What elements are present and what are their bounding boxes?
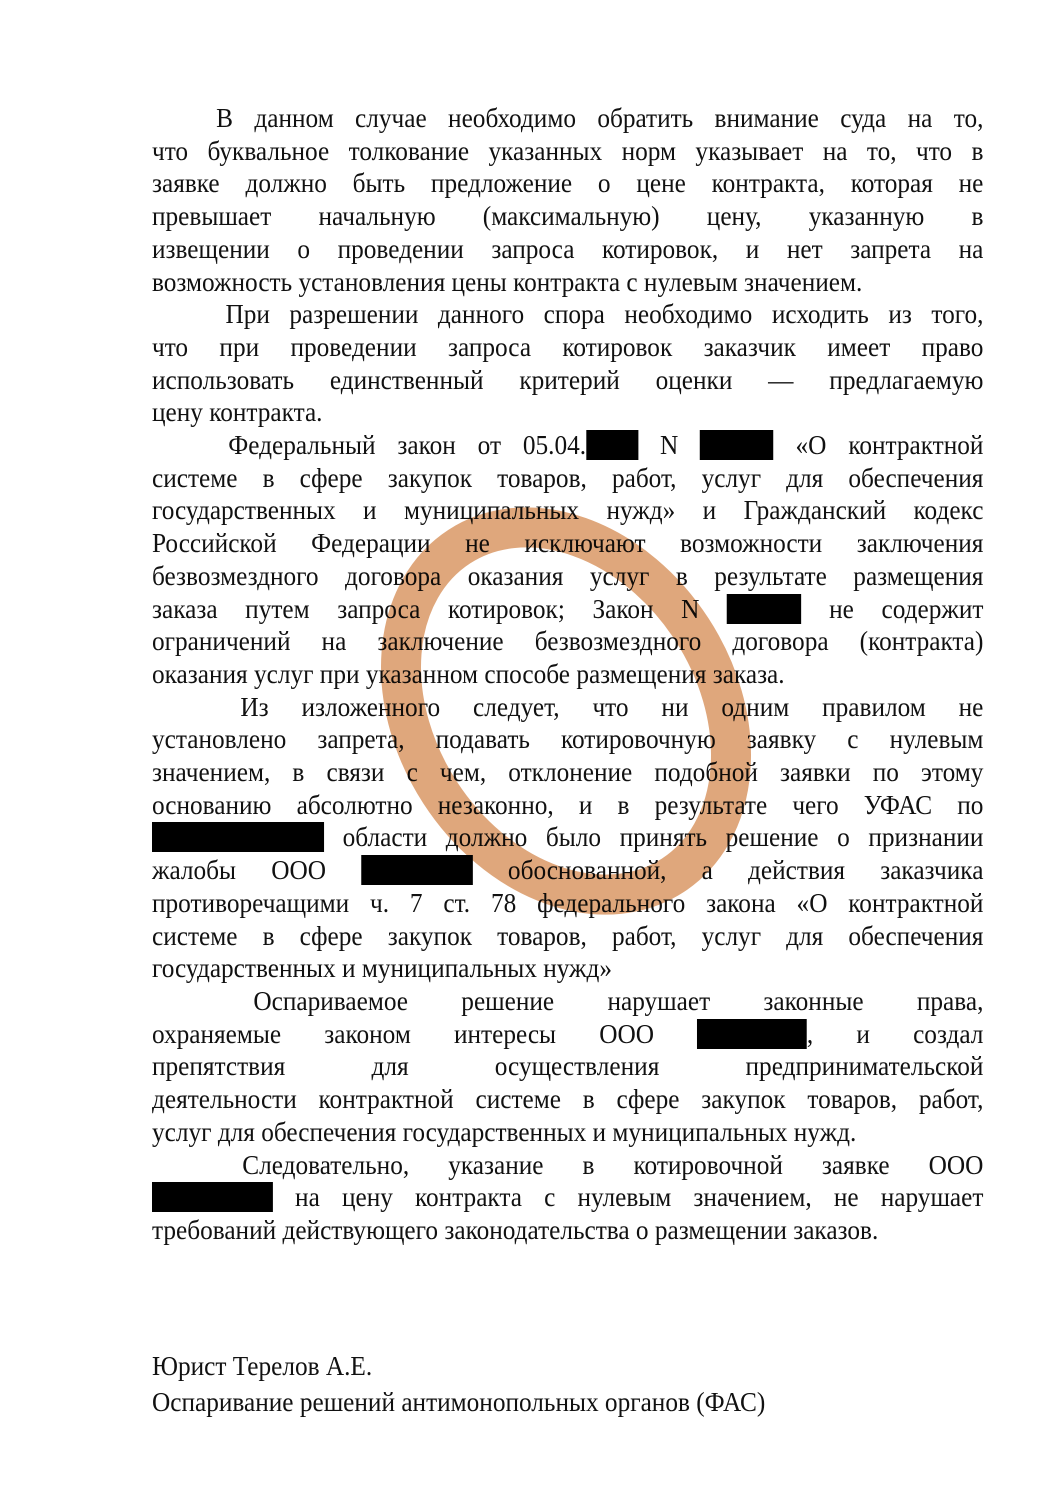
text-line: системе в сфере закупок товаров, работ, … bbox=[152, 920, 983, 953]
text-segment: , и создал bbox=[807, 1019, 984, 1049]
text-line: ограничений на заключение безвозмездного… bbox=[152, 625, 983, 658]
text-line: использовать единственный критерий оценк… bbox=[152, 364, 983, 397]
text-line: государственных и муниципальных нужд» bbox=[152, 952, 983, 985]
text-line: превышает начальную (максимальную) цену,… bbox=[152, 200, 983, 233]
text-line: препятствия для осуществления предприним… bbox=[152, 1050, 983, 1083]
text-segment: «О контрактной bbox=[774, 430, 984, 460]
redaction-box bbox=[700, 430, 773, 460]
text-segment: области должно было принять решение о пр… bbox=[324, 822, 983, 852]
text-line: охраняемые законом интересы ООО , и созд… bbox=[152, 1018, 983, 1051]
text-line: на цену контракта с нулевым значением, н… bbox=[152, 1181, 983, 1214]
signature-title: Оспаривание решений антимонопольных орга… bbox=[152, 1384, 765, 1420]
text-line: значением, в связи с чем, отклонение под… bbox=[152, 756, 983, 789]
text-line: системе в сфере закупок товаров, работ, … bbox=[152, 462, 983, 495]
redaction-box bbox=[361, 855, 473, 885]
text-line: В данном случае необходимо обратить вним… bbox=[152, 102, 983, 135]
text-line: установлено запрета, подавать котировочн… bbox=[152, 723, 983, 756]
text-line: Из изложенного следует, что ни одним пра… bbox=[152, 691, 983, 724]
text-line: государственных и муниципальных нужд» и … bbox=[152, 494, 983, 527]
paragraph-6: Следовательно, указание в котировочной з… bbox=[152, 1149, 983, 1247]
text-segment: не содержит bbox=[801, 594, 983, 624]
text-line: деятельности контрактной системе в сфере… bbox=[152, 1083, 983, 1116]
paragraph-3: Федеральный закон от 05.04. N «О контрак… bbox=[152, 429, 983, 691]
text-line: что при проведении запроса котировок зак… bbox=[152, 331, 983, 364]
redaction-box bbox=[697, 1019, 807, 1049]
redaction-box bbox=[586, 430, 638, 460]
paragraph-5: Оспариваемое решение нарушает законные п… bbox=[152, 985, 983, 1149]
text-line: основанию абсолютно незаконно, и в резул… bbox=[152, 789, 983, 822]
text-line: При разрешении данного спора необходимо … bbox=[152, 298, 983, 331]
text-line: цену контракта. bbox=[152, 396, 983, 429]
text-segment: N bbox=[638, 430, 700, 460]
signature-block: Юрист Терелов А.Е. Оспаривание решений а… bbox=[152, 1348, 765, 1420]
paragraph-2: При разрешении данного спора необходимо … bbox=[152, 298, 983, 429]
text-line: жалобы ООО обоснованной, а действия зака… bbox=[152, 854, 983, 887]
text-line: Оспариваемое решение нарушает законные п… bbox=[152, 985, 983, 1018]
text-segment: на цену контракта с нулевым значением, н… bbox=[273, 1182, 984, 1212]
text-line: области должно было принять решение о пр… bbox=[152, 821, 983, 854]
text-segment: Федеральный закон от 05.04. bbox=[228, 430, 586, 460]
text-line: Российской Федерации не исключают возмож… bbox=[152, 527, 983, 560]
text-line: оказания услуг при указанном способе раз… bbox=[152, 658, 983, 691]
text-line: заказа путем запроса котировок; Закон N … bbox=[152, 593, 983, 626]
redaction-box bbox=[727, 594, 801, 624]
document-body: В данном случае необходимо обратить вним… bbox=[152, 102, 983, 1247]
text-line: возможность установления цены контракта … bbox=[152, 266, 983, 299]
text-segment: жалобы ООО bbox=[152, 855, 361, 885]
text-line: услуг для обеспечения государственных и … bbox=[152, 1116, 983, 1149]
text-line: что буквальное толкование указанных норм… bbox=[152, 135, 983, 168]
text-segment: заказа путем запроса котировок; Закон N bbox=[152, 594, 727, 624]
signature-name: Юрист Терелов А.Е. bbox=[152, 1348, 765, 1384]
text-segment: охраняемые законом интересы ООО bbox=[152, 1019, 697, 1049]
text-line: требований действующего законодательства… bbox=[152, 1214, 983, 1247]
redaction-box bbox=[152, 822, 324, 852]
paragraph-4: Из изложенного следует, что ни одним пра… bbox=[152, 691, 983, 985]
text-line: Федеральный закон от 05.04. N «О контрак… bbox=[152, 429, 983, 462]
text-segment: обоснованной, а действия заказчика bbox=[473, 855, 984, 885]
paragraph-1: В данном случае необходимо обратить вним… bbox=[152, 102, 983, 298]
text-line: извещении о проведении запроса котировок… bbox=[152, 233, 983, 266]
document-page: В данном случае необходимо обратить вним… bbox=[0, 0, 1061, 1500]
redaction-box bbox=[152, 1182, 273, 1212]
text-line: Следовательно, указание в котировочной з… bbox=[152, 1149, 983, 1182]
text-line: безвозмездного договора оказания услуг в… bbox=[152, 560, 983, 593]
text-line: противоречащими ч. 7 ст. 78 федерального… bbox=[152, 887, 983, 920]
text-line: заявке должно быть предложение о цене ко… bbox=[152, 167, 983, 200]
